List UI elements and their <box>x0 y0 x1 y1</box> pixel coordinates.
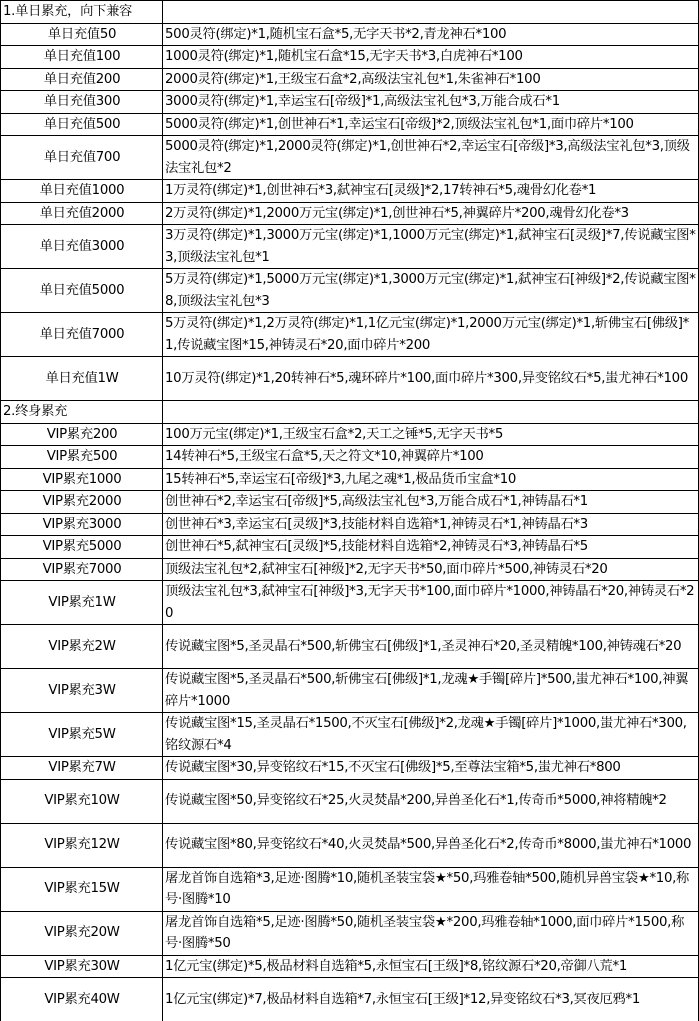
tier-cell: VIP累充5000 <box>1 536 163 559</box>
rewards-cell: 1万灵符(绑定)*1,创世神石*3,弑神宝石[灵级]*2,17转神石*5,魂骨幻… <box>163 180 699 203</box>
rewards-cell: 1亿元宝(绑定)*5,极品材料自选箱*5,永恒宝石[王级]*8,铭纹源石*20,… <box>163 955 699 978</box>
table-row: VIP累充12W传说藏宝图*80,异变铭纹石*40,火灵焚晶*500,异兽圣化石… <box>1 823 699 867</box>
section-title: 2.终身累充 <box>1 401 163 424</box>
section-header-row: 1.单日累充，向下兼容 <box>1 1 699 24</box>
tier-cell: VIP累充500 <box>1 446 163 469</box>
table-row: VIP累充200100万元宝(绑定)*1,王级宝石盒*2,天工之锤*5,无字天书… <box>1 423 699 446</box>
tier-cell: 单日充值1000 <box>1 180 163 203</box>
rewards-cell: 1000灵符(绑定)*1,随机宝石盒*15,无字天书*3,白虎神石*100 <box>163 46 699 69</box>
tier-cell: VIP累充2000 <box>1 491 163 514</box>
rewards-cell: 15转神石*5,幸运宝石[帝级]*3,九尾之魂*1,极品货币宝盒*10 <box>163 468 699 491</box>
rewards-cell: 100万元宝(绑定)*1,王级宝石盒*2,天工之锤*5,无字天书*5 <box>163 423 699 446</box>
rewards-cell: 传说藏宝图*30,异变铭纹石*15,不灭宝石[佛级]*5,至尊法宝箱*5,蚩尤神… <box>163 757 699 780</box>
table-row: VIP累充3W传说藏宝图*5,圣灵晶石*500,斩佛宝石[佛级]*1,龙魂★手镯… <box>1 669 699 713</box>
table-row: 单日充值3003000灵符(绑定)*1,幸运宝石[帝级]*1,高级法宝礼包*3,… <box>1 91 699 114</box>
tier-cell: VIP累充1W <box>1 581 163 625</box>
table-row: 单日充值1W10万灵符(绑定)*1,20转神石*5,魂环碎片*100,面巾碎片*… <box>1 357 699 401</box>
rewards-cell: 5000灵符(绑定)*1,创世神石*1,幸运宝石[帝级]*2,顶级法宝礼包*1,… <box>163 113 699 136</box>
tier-cell: 单日充值500 <box>1 113 163 136</box>
table-row: 单日充值50500灵符(绑定)*1,随机宝石盒*5,无字天书*2,青龙神石*10… <box>1 23 699 46</box>
tier-cell: VIP累充2W <box>1 625 163 669</box>
recharge-rewards-table: 1.单日累充，向下兼容 单日充值50500灵符(绑定)*1,随机宝石盒*5,无字… <box>0 0 699 1021</box>
table-row: 单日充值30003万灵符(绑定)*1,3000万元宝(绑定)*1,1000万元宝… <box>1 225 699 269</box>
rewards-cell: 传说藏宝图*5,圣灵晶石*500,斩佛宝石[佛级]*1,圣灵神石*20,圣灵精魄… <box>163 625 699 669</box>
table-row: 单日充值50005万灵符(绑定)*1,5000万元宝(绑定)*1,3000万元宝… <box>1 269 699 313</box>
table-row: VIP累充5000创世神石*5,弑神宝石[灵级]*5,技能材料自选箱*2,神铸灵… <box>1 536 699 559</box>
section-title: 1.单日累充，向下兼容 <box>1 1 163 24</box>
table-row: VIP累充2000创世神石*2,幸运宝石[帝级]*5,高级法宝礼包*3,万能合成… <box>1 491 699 514</box>
tier-cell: VIP累充15W <box>1 867 163 911</box>
table-row: VIP累充1W顶级法宝礼包*3,弑神宝石[神级]*3,无字天书*100,面巾碎片… <box>1 581 699 625</box>
rewards-cell: 2000灵符(绑定)*1,王级宝石盒*2,高级法宝礼包*1,朱雀神石*100 <box>163 68 699 91</box>
table-row: 单日充值20002万灵符(绑定)*1,2000万元宝(绑定)*1,创世神石*5,… <box>1 202 699 225</box>
tier-cell: 单日充值50 <box>1 23 163 46</box>
table-row: VIP累充3000创世神石*3,幸运宝石[灵级]*3,技能材料自选箱*1,神铸灵… <box>1 513 699 536</box>
empty-cell <box>163 1 699 24</box>
tier-cell: VIP累充10W <box>1 779 163 823</box>
table-row: 单日充值10001万灵符(绑定)*1,创世神石*3,弑神宝石[灵级]*2,17转… <box>1 180 699 203</box>
tier-cell: VIP累充3000 <box>1 513 163 536</box>
tier-cell: VIP累充30W <box>1 955 163 978</box>
table-row: 单日充值1001000灵符(绑定)*1,随机宝石盒*15,无字天书*3,白虎神石… <box>1 46 699 69</box>
tier-cell: 单日充值1W <box>1 357 163 401</box>
rewards-cell: 5万灵符(绑定)*1,2万灵符(绑定)*1,1亿元宝(绑定)*1,2000万元宝… <box>163 313 699 357</box>
table-row: VIP累充5W传说藏宝图*15,圣灵晶石*1500,不灭宝石[佛级]*2,龙魂★… <box>1 713 699 757</box>
table-row: VIP累充100015转神石*5,幸运宝石[帝级]*3,九尾之魂*1,极品货币宝… <box>1 468 699 491</box>
tier-cell: VIP累充200 <box>1 423 163 446</box>
rewards-cell: 传说藏宝图*5,圣灵晶石*500,斩佛宝石[佛级]*1,龙魂★手镯[碎片]*50… <box>163 669 699 713</box>
rewards-cell: 1亿元宝(绑定)*7,极品材料自选箱*7,永恒宝石[王级]*12,异变铭纹石*3… <box>163 978 699 1021</box>
tier-cell: VIP累充3W <box>1 669 163 713</box>
rewards-cell: 屠龙首饰自选箱*3,足迹·图腾*10,随机圣装宝袋★*50,玛雅卷轴*500,随… <box>163 867 699 911</box>
rewards-cell: 5000灵符(绑定)*1,2000灵符(绑定)*1,创世神石*2,幸运宝石[帝级… <box>163 136 699 180</box>
rewards-cell: 创世神石*5,弑神宝石[灵级]*5,技能材料自选箱*2,神铸灵石*3,神铸晶石*… <box>163 536 699 559</box>
tier-cell: 单日充值3000 <box>1 225 163 269</box>
rewards-cell: 屠龙首饰自选箱*5,足迹·图腾*50,随机圣装宝袋★*200,玛雅卷轴*1000… <box>163 911 699 955</box>
tier-cell: 单日充值5000 <box>1 269 163 313</box>
rewards-cell: 传说藏宝图*15,圣灵晶石*1500,不灭宝石[佛级]*2,龙魂★手镯[碎片]*… <box>163 713 699 757</box>
rewards-cell: 3万灵符(绑定)*1,3000万元宝(绑定)*1,1000万元宝(绑定)*1,弑… <box>163 225 699 269</box>
rewards-cell: 14转神石*5,王级宝石盒*5,天之符文*10,神翼碎片*100 <box>163 446 699 469</box>
rewards-cell: 顶级法宝礼包*2,弑神宝石[神级]*2,无字天书*50,面巾碎片*500,神铸灵… <box>163 558 699 581</box>
tier-cell: VIP累充40W <box>1 978 163 1021</box>
table-row: 单日充值70005万灵符(绑定)*1,2万灵符(绑定)*1,1亿元宝(绑定)*1… <box>1 313 699 357</box>
tier-cell: VIP累充12W <box>1 823 163 867</box>
table-row: VIP累充30W1亿元宝(绑定)*5,极品材料自选箱*5,永恒宝石[王级]*8,… <box>1 955 699 978</box>
tier-cell: 单日充值700 <box>1 136 163 180</box>
table-row: 单日充值5005000灵符(绑定)*1,创世神石*1,幸运宝石[帝级]*2,顶级… <box>1 113 699 136</box>
rewards-cell: 10万灵符(绑定)*1,20转神石*5,魂环碎片*100,面巾碎片*300,异变… <box>163 357 699 401</box>
rewards-cell: 创世神石*3,幸运宝石[灵级]*3,技能材料自选箱*1,神铸灵石*1,神铸晶石*… <box>163 513 699 536</box>
tier-cell: 单日充值300 <box>1 91 163 114</box>
rewards-cell: 2万灵符(绑定)*1,2000万元宝(绑定)*1,创世神石*5,神翼碎片*200… <box>163 202 699 225</box>
table-row: VIP累充20W屠龙首饰自选箱*5,足迹·图腾*50,随机圣装宝袋★*200,玛… <box>1 911 699 955</box>
table-row: 单日充值7005000灵符(绑定)*1,2000灵符(绑定)*1,创世神石*2,… <box>1 136 699 180</box>
table-row: VIP累充15W屠龙首饰自选箱*3,足迹·图腾*10,随机圣装宝袋★*50,玛雅… <box>1 867 699 911</box>
table-row: VIP累充7000顶级法宝礼包*2,弑神宝石[神级]*2,无字天书*50,面巾碎… <box>1 558 699 581</box>
rewards-cell: 5万灵符(绑定)*1,5000万元宝(绑定)*1,3000万元宝(绑定)*1,弑… <box>163 269 699 313</box>
tier-cell: VIP累充5W <box>1 713 163 757</box>
tier-cell: 单日充值7000 <box>1 313 163 357</box>
rewards-cell: 顶级法宝礼包*3,弑神宝石[神级]*3,无字天书*100,面巾碎片*1000,神… <box>163 581 699 625</box>
tier-cell: VIP累充1000 <box>1 468 163 491</box>
tier-cell: VIP累充7W <box>1 757 163 780</box>
section-header-row: 2.终身累充 <box>1 401 699 424</box>
tier-cell: VIP累充20W <box>1 911 163 955</box>
table-row: VIP累充10W传说藏宝图*50,异变铭纹石*25,火灵焚晶*200,异兽圣化石… <box>1 779 699 823</box>
rewards-cell: 500灵符(绑定)*1,随机宝石盒*5,无字天书*2,青龙神石*100 <box>163 23 699 46</box>
tier-cell: VIP累充7000 <box>1 558 163 581</box>
rewards-cell: 创世神石*2,幸运宝石[帝级]*5,高级法宝礼包*3,万能合成石*1,神铸晶石*… <box>163 491 699 514</box>
table-row: VIP累充2W传说藏宝图*5,圣灵晶石*500,斩佛宝石[佛级]*1,圣灵神石*… <box>1 625 699 669</box>
tier-cell: 单日充值200 <box>1 68 163 91</box>
empty-cell <box>163 401 699 424</box>
tier-cell: 单日充值100 <box>1 46 163 69</box>
table-row: VIP累充7W传说藏宝图*30,异变铭纹石*15,不灭宝石[佛级]*5,至尊法宝… <box>1 757 699 780</box>
table-row: 单日充值2002000灵符(绑定)*1,王级宝石盒*2,高级法宝礼包*1,朱雀神… <box>1 68 699 91</box>
rewards-cell: 传说藏宝图*50,异变铭纹石*25,火灵焚晶*200,异兽圣化石*1,传奇币*5… <box>163 779 699 823</box>
tier-cell: 单日充值2000 <box>1 202 163 225</box>
rewards-cell: 传说藏宝图*80,异变铭纹石*40,火灵焚晶*500,异兽圣化石*2,传奇币*8… <box>163 823 699 867</box>
rewards-cell: 3000灵符(绑定)*1,幸运宝石[帝级]*1,高级法宝礼包*3,万能合成石*1 <box>163 91 699 114</box>
table-row: VIP累充40W1亿元宝(绑定)*7,极品材料自选箱*7,永恒宝石[王级]*12… <box>1 978 699 1021</box>
table-row: VIP累充50014转神石*5,王级宝石盒*5,天之符文*10,神翼碎片*100 <box>1 446 699 469</box>
